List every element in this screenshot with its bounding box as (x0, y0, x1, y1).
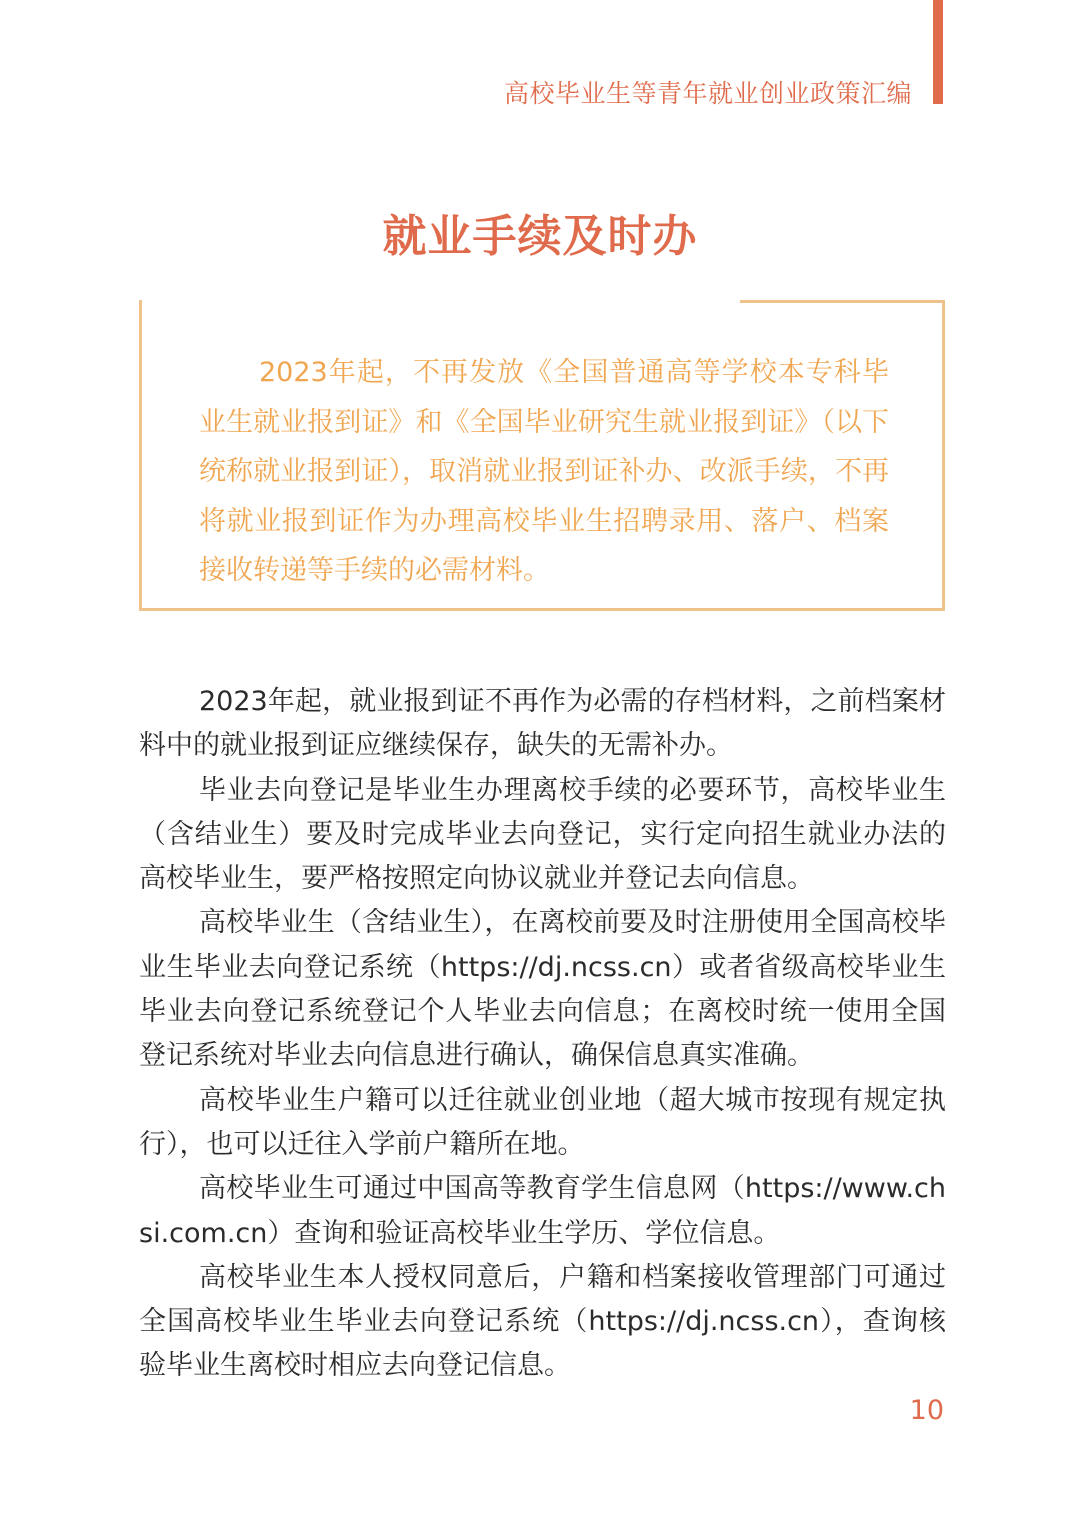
paragraph: 毕业去向登记是毕业生办理离校手续的必要环节，高校毕业生（含结业生）要及时完成毕业… (139, 769, 946, 902)
callout-border-top (740, 300, 945, 303)
paragraph: 高校毕业生（含结业生），在离校前要及时注册使用全国高校毕业生毕业去向登记系统（h… (139, 901, 946, 1078)
running-header: 高校毕业生等青年就业创业政策汇编 (504, 74, 912, 110)
paragraph: 高校毕业生本人授权同意后，户籍和档案接收管理部门可通过全国高校毕业生毕业去向登记… (139, 1256, 946, 1389)
callout-border-right (942, 300, 945, 611)
paragraph: 高校毕业生可通过中国高等教育学生信息网（https://www.chsi.com… (139, 1167, 946, 1256)
callout-box: 2023年起，不再发放《全国普通高等学校本专科毕业生就业报到证》和《全国毕业研究… (139, 300, 945, 611)
paragraph: 高校毕业生户籍可以迁往就业创业地（超大城市按现有规定执行），也可以迁往入学前户籍… (139, 1079, 946, 1168)
callout-text: 2023年起，不再发放《全国普通高等学校本专科毕业生就业报到证》和《全国毕业研究… (199, 348, 889, 596)
page-number: 10 (910, 1395, 944, 1426)
page-title: 就业手续及时办 (0, 200, 1080, 264)
body-text: 2023年起，就业报到证不再作为必需的存档材料，之前档案材料中的就业报到证应继续… (139, 680, 946, 1389)
callout-border-left (139, 300, 142, 611)
paragraph: 2023年起，就业报到证不再作为必需的存档材料，之前档案材料中的就业报到证应继续… (139, 680, 946, 769)
header-accent-bar (933, 0, 943, 104)
callout-border-bottom (139, 608, 945, 611)
